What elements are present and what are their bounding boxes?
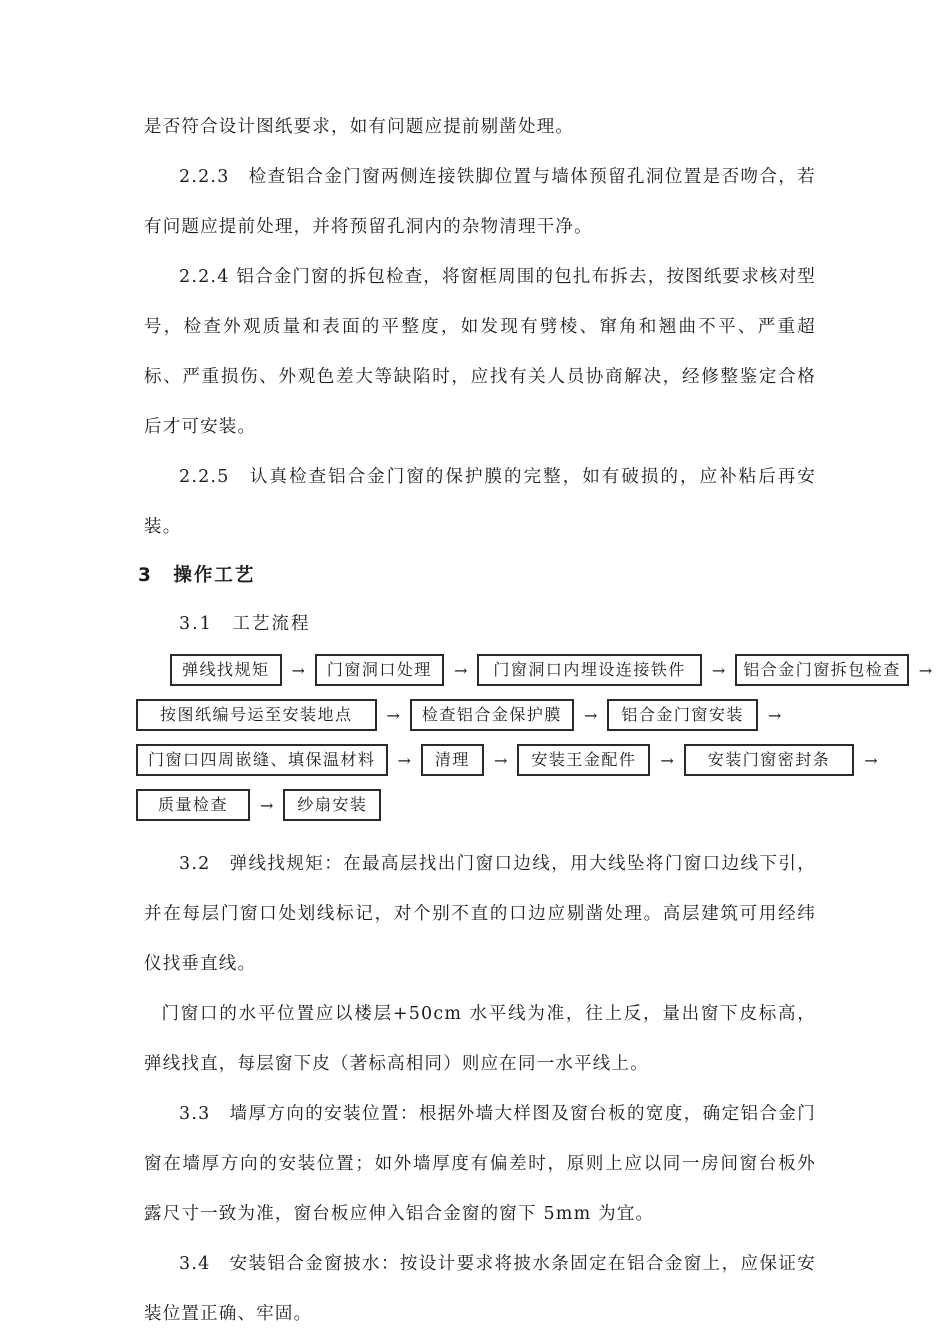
paragraph-2-2-2-tail: 是否符合设计图纸要求，如有问题应提前剔凿处理。	[144, 102, 816, 152]
arrow-right-icon: →	[660, 751, 673, 770]
flow-row-4: 质量检查 → 纱扇安装	[136, 789, 822, 821]
arrow-right-icon: →	[398, 751, 411, 770]
paragraph-2-2-3: 2.2.3 检查铝合金门窗两侧连接铁脚位置与墙体预留孔洞位置是否吻合，若有问题应…	[144, 152, 816, 252]
paragraph-level-line: 门窗口的水平位置应以楼层+50cm 水平线为准，往上反，量出窗下皮标高，弹线找直…	[144, 989, 816, 1089]
flow-step-transport-to-site: 按图纸编号运至安装地点	[136, 699, 377, 731]
paragraph-3-2: 3.2 弹线找规矩：在最高层找出门窗口边线，用大线坠将门窗口边线下引，并在每层门…	[144, 839, 816, 989]
flow-step-unpack-inspection: 铝合金门窗拆包检查	[735, 654, 909, 686]
heading-section-3: 3 操作工艺	[138, 552, 822, 600]
flow-step-window-install: 铝合金门窗安装	[607, 699, 758, 731]
arrow-right-icon: →	[387, 706, 400, 725]
paragraph-3-3: 3.3 墙厚方向的安装位置：根据外墙大样图及窗台板的宽度，确定铝合金门窗在墙厚方…	[144, 1089, 816, 1239]
flow-step-check-protective-film: 检查铝合金保护膜	[410, 699, 574, 731]
document-page: 是否符合设计图纸要求，如有问题应提前剔凿处理。 2.2.3 检查铝合金门窗两侧连…	[0, 0, 950, 1344]
document-content: 是否符合设计图纸要求，如有问题应提前剔凿处理。 2.2.3 检查铝合金门窗两侧连…	[128, 102, 822, 1339]
flow-step-embed-connectors: 门窗洞口内埋设连接铁件	[477, 654, 702, 686]
arrow-right-icon: →	[768, 706, 781, 725]
flow-step-screen-sash-install: 纱扇安装	[283, 789, 381, 821]
flow-step-quality-check: 质量检查	[136, 789, 250, 821]
heading-3-1: 3.1 工艺流程	[144, 600, 822, 648]
paragraph-3-4: 3.4 安装铝合金窗披水：按设计要求将披水条固定在铝合金窗上，应保证安装位置正确…	[144, 1239, 816, 1339]
flow-row-1: 弹线找规矩 → 门窗洞口处理 → 门窗洞口内埋设连接铁件 → 铝合金门窗拆包检查…	[170, 654, 822, 686]
flow-step-snap-lines: 弹线找规矩	[170, 654, 282, 686]
paragraph-2-2-5: 2.2.5 认真检查铝合金门窗的保护膜的完整，如有破损的，应补粘后再安装。	[144, 452, 816, 552]
arrow-right-icon: →	[292, 661, 305, 680]
flow-step-install-hardware: 安装王金配件	[517, 744, 650, 776]
arrow-right-icon: →	[584, 706, 597, 725]
flow-step-caulk-insulate: 门窗口四周嵌缝、填保温材料	[136, 744, 388, 776]
arrow-right-icon: →	[454, 661, 467, 680]
paragraph-2-2-4: 2.2.4 铝合金门窗的拆包检查，将窗框周围的包扎布拆去，按图纸要求核对型号，检…	[144, 252, 816, 452]
flow-step-cleanup: 清理	[421, 744, 484, 776]
flow-step-install-seals: 安装门窗密封条	[684, 744, 855, 776]
flow-row-3: 门窗口四周嵌缝、填保温材料 → 清理 → 安装王金配件 → 安装门窗密封条 →	[136, 744, 822, 776]
flow-step-opening-treatment: 门窗洞口处理	[315, 654, 444, 686]
arrow-right-icon: →	[864, 751, 877, 770]
arrow-right-icon: →	[260, 796, 273, 815]
arrow-right-icon: →	[494, 751, 507, 770]
process-flowchart: 弹线找规矩 → 门窗洞口处理 → 门窗洞口内埋设连接铁件 → 铝合金门窗拆包检查…	[136, 654, 822, 821]
arrow-right-icon: →	[919, 661, 932, 680]
arrow-right-icon: →	[712, 661, 725, 680]
flow-row-2: 按图纸编号运至安装地点 → 检查铝合金保护膜 → 铝合金门窗安装 →	[136, 699, 822, 731]
